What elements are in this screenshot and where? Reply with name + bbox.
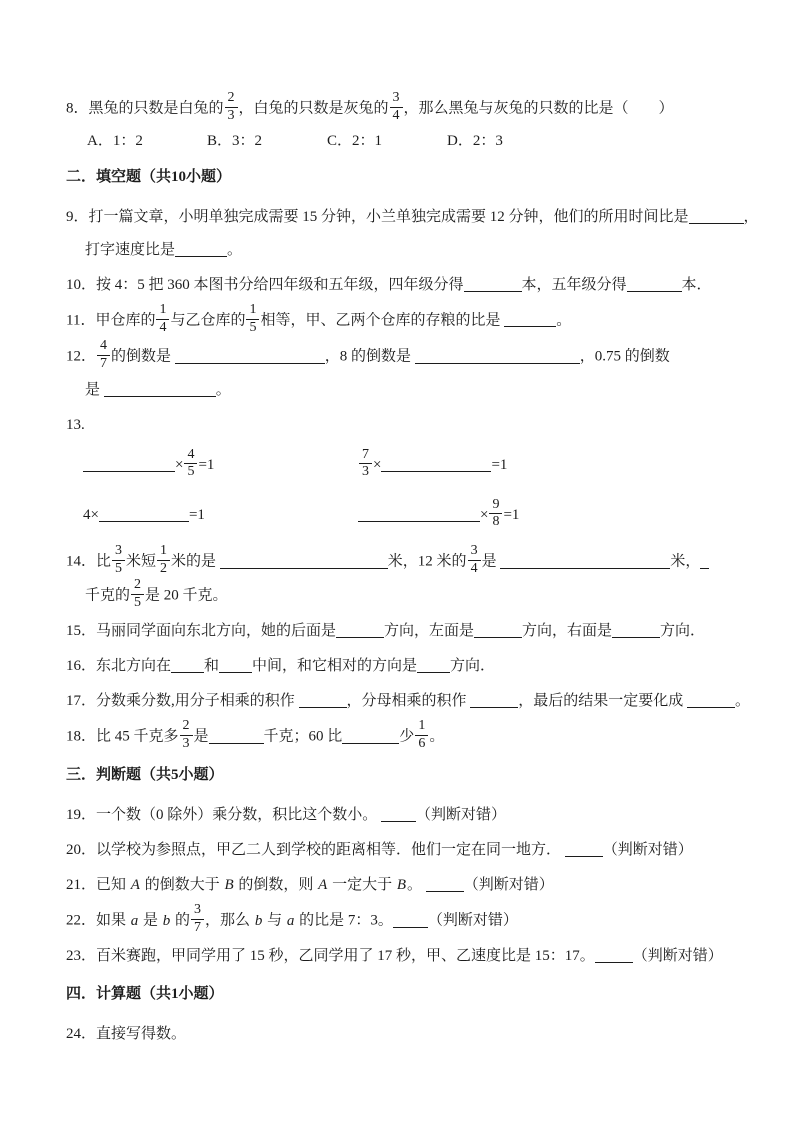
answer-blank bbox=[358, 506, 480, 522]
answer-blank bbox=[595, 947, 633, 963]
fraction-numerator: 3 bbox=[112, 543, 125, 560]
equation: ×98=1 bbox=[358, 495, 519, 535]
answer-blank bbox=[171, 657, 204, 673]
question-block: 19．一个数（0 除外）乘分数，积比这个数小。 （判断对错） bbox=[66, 799, 737, 832]
text-run: 的 bbox=[171, 913, 190, 929]
question-line: 12．47的倒数是 ，8 的倒数是 ，0.75 的倒数 bbox=[66, 340, 737, 374]
choice-option: A．1：2 bbox=[87, 128, 207, 154]
question-line: 14．比35米短12米的是 米，12 米的34是 米， bbox=[66, 545, 737, 579]
answer-blank bbox=[175, 348, 325, 364]
fraction-numerator: 2 bbox=[131, 577, 144, 594]
question-line: 21．已知 A 的倒数大于 B 的倒数，则 A 一定大于 B。 （判断对错） bbox=[66, 869, 737, 902]
fraction-numerator: 9 bbox=[489, 497, 502, 514]
fraction-numerator: 1 bbox=[415, 718, 428, 735]
fraction-numerator: 1 bbox=[246, 302, 259, 319]
fraction-denominator: 3 bbox=[180, 735, 193, 753]
text-run: 18．比 45 千克多 bbox=[66, 729, 179, 745]
choice-option: C．2：1 bbox=[327, 128, 447, 154]
text-run: 的倒数是 bbox=[111, 349, 175, 365]
fraction-denominator: 5 bbox=[112, 560, 125, 578]
text-run: 16．东北方向在 bbox=[66, 658, 171, 674]
question-block: 18．比 45 千克多23是千克；60 比少16。 bbox=[66, 720, 737, 754]
fraction-numerator: 4 bbox=[97, 338, 110, 355]
fraction: 15 bbox=[246, 302, 259, 336]
text-run: ， bbox=[744, 209, 759, 225]
choice-option: D．2：3 bbox=[447, 128, 567, 154]
text-run: 17．分数乘分数,用分子相乘的积作 bbox=[66, 693, 299, 709]
fraction-denominator: 2 bbox=[157, 560, 170, 578]
fraction: 34 bbox=[468, 543, 481, 577]
fraction: 73 bbox=[359, 447, 372, 481]
fraction-numerator: 7 bbox=[359, 447, 372, 464]
question-block: 12．47的倒数是 ，8 的倒数是 ，0.75 的倒数是 。 bbox=[66, 340, 737, 407]
question-line: 23．百米赛跑，甲同学用了 15 秒，乙同学用了 17 秒，甲、乙速度比是 15… bbox=[66, 940, 737, 973]
text-run: ，那么黑兔与灰兔的只数的比是（ ） bbox=[404, 100, 674, 116]
text-run: 一定大于 bbox=[328, 877, 396, 893]
text-run: ，白兔的只数是灰兔的 bbox=[239, 100, 389, 116]
answer-blank bbox=[415, 348, 580, 364]
answer-blank bbox=[381, 806, 416, 822]
text-run: ，那么 bbox=[205, 913, 254, 929]
text-run: 是 bbox=[482, 554, 501, 570]
answer-blank bbox=[336, 622, 384, 638]
fraction-denominator: 7 bbox=[97, 355, 110, 373]
question-line: 千克的25是 20 千克。 bbox=[85, 579, 737, 613]
answer-blank bbox=[342, 728, 399, 744]
fraction-denominator: 5 bbox=[131, 594, 144, 612]
text-run: =1 bbox=[198, 457, 214, 473]
answer-blank bbox=[470, 692, 518, 708]
answer-blank bbox=[464, 276, 522, 292]
question-line: 19．一个数（0 除外）乘分数，积比这个数小。 （判断对错） bbox=[66, 799, 737, 832]
fraction-numerator: 1 bbox=[156, 302, 169, 319]
text-run: ，0.75 的倒数 bbox=[580, 349, 670, 365]
text-run: 与乙仓库的 bbox=[170, 312, 245, 328]
text-run: × bbox=[480, 507, 488, 523]
choice-options-row: A．1：2B．3：2C．2：1D．2：3 bbox=[87, 128, 737, 154]
text-run: 12． bbox=[66, 349, 96, 365]
math-variable: A bbox=[130, 877, 141, 893]
text-run: 少 bbox=[399, 729, 414, 745]
text-run: 14．比 bbox=[66, 554, 111, 570]
question-block: 20．以学校为参照点，甲乙二人到学校的距离相等．他们一定在同一地方． （判断对错… bbox=[66, 834, 737, 867]
math-variable: b bbox=[162, 913, 172, 929]
question-block: 16．东北方向在和中间，和它相对的方向是方向． bbox=[66, 650, 737, 683]
answer-blank bbox=[299, 692, 347, 708]
question-line: 24．直接写得数。 bbox=[66, 1018, 737, 1051]
text-run: 8．黑兔的只数是白兔的 bbox=[66, 100, 224, 116]
question-line: 13. bbox=[66, 409, 737, 442]
math-variable: A bbox=[317, 877, 328, 893]
text-run: 20．以学校为参照点，甲乙二人到学校的距离相等．他们一定在同一地方． bbox=[66, 842, 565, 858]
fraction-numerator: 3 bbox=[390, 90, 403, 107]
text-run: 米， bbox=[670, 554, 700, 570]
fraction-denominator: 4 bbox=[468, 560, 481, 578]
question-line: 17．分数乘分数,用分子相乘的积作 ，分母相乘的积作 ，最后的结果一定要化成 。 bbox=[66, 685, 737, 718]
answer-blank bbox=[99, 506, 189, 522]
fraction-denominator: 8 bbox=[489, 513, 502, 531]
question-block: 9．打一篇文章，小明单独完成需要 15 分钟，小兰单独完成需要 12 分钟，他们… bbox=[66, 201, 737, 267]
text-run: 和 bbox=[204, 658, 219, 674]
text-run: 。 bbox=[216, 382, 231, 398]
text-run: 13. bbox=[66, 417, 85, 433]
fraction: 34 bbox=[390, 90, 403, 124]
answer-blank bbox=[417, 657, 450, 673]
question-block: 24．直接写得数。 bbox=[66, 1018, 737, 1051]
text-run: 11．甲仓库的 bbox=[66, 312, 155, 328]
fraction: 23 bbox=[180, 718, 193, 752]
text-run: 的比是 7：3。 bbox=[295, 913, 393, 929]
choice-option: B．3：2 bbox=[207, 128, 327, 154]
fraction: 25 bbox=[131, 577, 144, 611]
section-heading: 二．填空题（共10小题） bbox=[66, 161, 737, 194]
section-heading: 三．判断题（共5小题） bbox=[66, 759, 737, 792]
equation: ×45=1 bbox=[83, 445, 279, 485]
text-run: 米，12 米的 bbox=[388, 554, 467, 570]
text-run: 方向． bbox=[450, 658, 495, 674]
question-line: 18．比 45 千克多23是千克；60 比少16。 bbox=[66, 720, 737, 754]
question-line: 22．如果 a 是 b 的37，那么 b 与 a 的比是 7：3。（判断对错） bbox=[66, 904, 737, 938]
fraction-numerator: 1 bbox=[157, 543, 170, 560]
text-run: 的倒数大于 bbox=[141, 877, 224, 893]
text-run: 是 20 千克。 bbox=[145, 588, 228, 604]
fraction-denominator: 3 bbox=[359, 463, 372, 481]
equation-row: ×45=173×=1 bbox=[66, 445, 737, 485]
question-block: 14．比35米短12米的是 米，12 米的34是 米，千克的25是 20 千克。 bbox=[66, 545, 737, 613]
text-run: 与 bbox=[263, 913, 286, 929]
text-run: 。 bbox=[429, 729, 444, 745]
question-block: 13. bbox=[66, 409, 737, 442]
answer-blank bbox=[209, 728, 264, 744]
question-block: 21．已知 A 的倒数大于 B 的倒数，则 A 一定大于 B。 （判断对错） bbox=[66, 869, 737, 902]
text-run: 打字速度比是 bbox=[85, 242, 175, 258]
question-line: 10．按 4：5 把 360 本图书分给四年级和五年级，四年级分得本，五年级分得… bbox=[66, 269, 737, 302]
answer-blank bbox=[104, 381, 216, 397]
question-block: 10．按 4：5 把 360 本图书分给四年级和五年级，四年级分得本，五年级分得… bbox=[66, 269, 737, 302]
text-run: 本． bbox=[682, 277, 712, 293]
text-run: 10．按 4：5 把 360 本图书分给四年级和五年级，四年级分得 bbox=[66, 277, 464, 293]
question-block: 23．百米赛跑，甲同学用了 15 秒，乙同学用了 17 秒，甲、乙速度比是 15… bbox=[66, 940, 737, 973]
answer-blank bbox=[612, 622, 660, 638]
answer-blank bbox=[689, 208, 744, 224]
text-run: 24．直接写得数。 bbox=[66, 1026, 186, 1042]
fraction: 45 bbox=[184, 447, 197, 481]
text-run: 19．一个数（0 除外）乘分数，积比这个数小。 bbox=[66, 807, 381, 823]
answer-blank bbox=[426, 876, 464, 892]
math-variable: a bbox=[286, 913, 296, 929]
text-run: 相等，甲、乙两个仓库的存粮的比是 bbox=[260, 312, 504, 328]
answer-blank bbox=[220, 553, 388, 569]
text-run: （判断对错） bbox=[428, 913, 518, 929]
fraction: 35 bbox=[112, 543, 125, 577]
fraction-denominator: 4 bbox=[390, 107, 403, 125]
text-run: =1 bbox=[491, 457, 507, 473]
text-run: 是 bbox=[139, 913, 162, 929]
equation-row: 4×=1×98=1 bbox=[66, 495, 737, 535]
answer-blank bbox=[175, 241, 227, 257]
fraction: 37 bbox=[191, 902, 204, 936]
text-run: （判断对错） bbox=[603, 842, 693, 858]
text-run: 15．马丽同学面向东北方向，她的后面是 bbox=[66, 623, 336, 639]
answer-blank bbox=[504, 311, 556, 327]
fraction-denominator: 6 bbox=[415, 735, 428, 753]
answer-blank bbox=[381, 456, 491, 472]
text-run: 是 bbox=[85, 382, 104, 398]
text-run: ，分母相乘的积作 bbox=[347, 693, 471, 709]
question-line: 11．甲仓库的14与乙仓库的15相等，甲、乙两个仓库的存粮的比是 。 bbox=[66, 304, 737, 338]
fraction-numerator: 3 bbox=[191, 902, 204, 919]
text-run: ，8 的倒数是 bbox=[325, 349, 415, 365]
section-heading: 四．计算题（共1小题） bbox=[66, 978, 737, 1011]
equation: 4×=1 bbox=[83, 495, 279, 535]
text-run: 千克；60 比 bbox=[264, 729, 343, 745]
question-block: 8．黑兔的只数是白兔的23，白兔的只数是灰兔的34，那么黑兔与灰兔的只数的比是（… bbox=[66, 92, 737, 126]
question-line: 8．黑兔的只数是白兔的23，白兔的只数是灰兔的34，那么黑兔与灰兔的只数的比是（… bbox=[66, 92, 737, 126]
question-line: 打字速度比是。 bbox=[85, 234, 737, 267]
answer-blank bbox=[500, 553, 670, 569]
fraction-denominator: 7 bbox=[191, 919, 204, 937]
text-run: 方向． bbox=[660, 623, 705, 639]
fraction: 16 bbox=[415, 718, 428, 752]
text-run: 是 bbox=[194, 729, 209, 745]
fraction-numerator: 4 bbox=[184, 447, 197, 464]
answer-blank bbox=[565, 841, 603, 857]
question-block: 15．马丽同学面向东北方向，她的后面是方向，左面是方向，右面是方向． bbox=[66, 615, 737, 648]
text-run: 千克的 bbox=[85, 588, 130, 604]
question-line: 是 。 bbox=[85, 374, 737, 407]
text-run: 米的是 bbox=[171, 554, 220, 570]
answer-blank bbox=[700, 553, 709, 569]
text-run: =1 bbox=[503, 507, 519, 523]
text-run: × bbox=[373, 457, 381, 473]
text-run: 方向，右面是 bbox=[522, 623, 612, 639]
question-block: 22．如果 a 是 b 的37，那么 b 与 a 的比是 7：3。（判断对错） bbox=[66, 904, 737, 938]
math-variable: a bbox=[130, 913, 140, 929]
fraction-numerator: 2 bbox=[225, 90, 238, 107]
fraction: 98 bbox=[489, 497, 502, 531]
text-run: 。 bbox=[407, 877, 426, 893]
answer-blank bbox=[83, 456, 175, 472]
text-run: × bbox=[175, 457, 183, 473]
math-variable: B bbox=[223, 877, 234, 893]
math-variable: B bbox=[396, 877, 407, 893]
text-run: 方向，左面是 bbox=[384, 623, 474, 639]
math-variable: b bbox=[254, 913, 264, 929]
fraction: 14 bbox=[156, 302, 169, 336]
text-run: 23．百米赛跑，甲同学用了 15 秒，乙同学用了 17 秒，甲、乙速度比是 15… bbox=[66, 948, 595, 964]
fraction-denominator: 5 bbox=[184, 463, 197, 481]
text-run: 22．如果 bbox=[66, 913, 130, 929]
text-run: （判断对错） bbox=[633, 948, 723, 964]
fraction: 12 bbox=[157, 543, 170, 577]
answer-blank bbox=[474, 622, 522, 638]
text-run: （判断对错） bbox=[464, 877, 554, 893]
text-run: 21．已知 bbox=[66, 877, 130, 893]
text-run: 的倒数，则 bbox=[235, 877, 318, 893]
text-run: ，最后的结果一定要化成 bbox=[518, 693, 687, 709]
text-run: 。 bbox=[556, 312, 571, 328]
text-run: （判断对错） bbox=[416, 807, 506, 823]
fraction: 47 bbox=[97, 338, 110, 372]
question-line: 9．打一篇文章，小明单独完成需要 15 分钟，小兰单独完成需要 12 分钟，他们… bbox=[66, 201, 737, 234]
text-run: 米短 bbox=[126, 554, 156, 570]
fraction: 23 bbox=[225, 90, 238, 124]
question-block: 17．分数乘分数,用分子相乘的积作 ，分母相乘的积作 ，最后的结果一定要化成 。 bbox=[66, 685, 737, 718]
answer-blank bbox=[219, 657, 252, 673]
text-run: 本，五年级分得 bbox=[522, 277, 627, 293]
text-run: 中间，和它相对的方向是 bbox=[252, 658, 417, 674]
answer-blank bbox=[393, 912, 428, 928]
fraction-numerator: 2 bbox=[180, 718, 193, 735]
question-line: 20．以学校为参照点，甲乙二人到学校的距离相等．他们一定在同一地方． （判断对错… bbox=[66, 834, 737, 867]
text-run: 4× bbox=[83, 507, 99, 523]
fraction-denominator: 3 bbox=[225, 107, 238, 125]
text-run: 。 bbox=[735, 693, 750, 709]
equation: 73×=1 bbox=[358, 445, 507, 485]
fraction-denominator: 4 bbox=[156, 319, 169, 337]
answer-blank bbox=[687, 692, 735, 708]
question-line: 15．马丽同学面向东北方向，她的后面是方向，左面是方向，右面是方向． bbox=[66, 615, 737, 648]
text-run: =1 bbox=[189, 507, 205, 523]
fraction-numerator: 3 bbox=[468, 543, 481, 560]
answer-blank bbox=[627, 276, 682, 292]
text-run: 。 bbox=[227, 242, 242, 258]
exam-document: 8．黑兔的只数是白兔的23，白兔的只数是灰兔的34，那么黑兔与灰兔的只数的比是（… bbox=[0, 0, 793, 1122]
text-run: 9．打一篇文章，小明单独完成需要 15 分钟，小兰单独完成需要 12 分钟，他们… bbox=[66, 209, 689, 225]
fraction-denominator: 5 bbox=[246, 319, 259, 337]
question-line: 16．东北方向在和中间，和它相对的方向是方向． bbox=[66, 650, 737, 683]
question-block: 11．甲仓库的14与乙仓库的15相等，甲、乙两个仓库的存粮的比是 。 bbox=[66, 304, 737, 338]
